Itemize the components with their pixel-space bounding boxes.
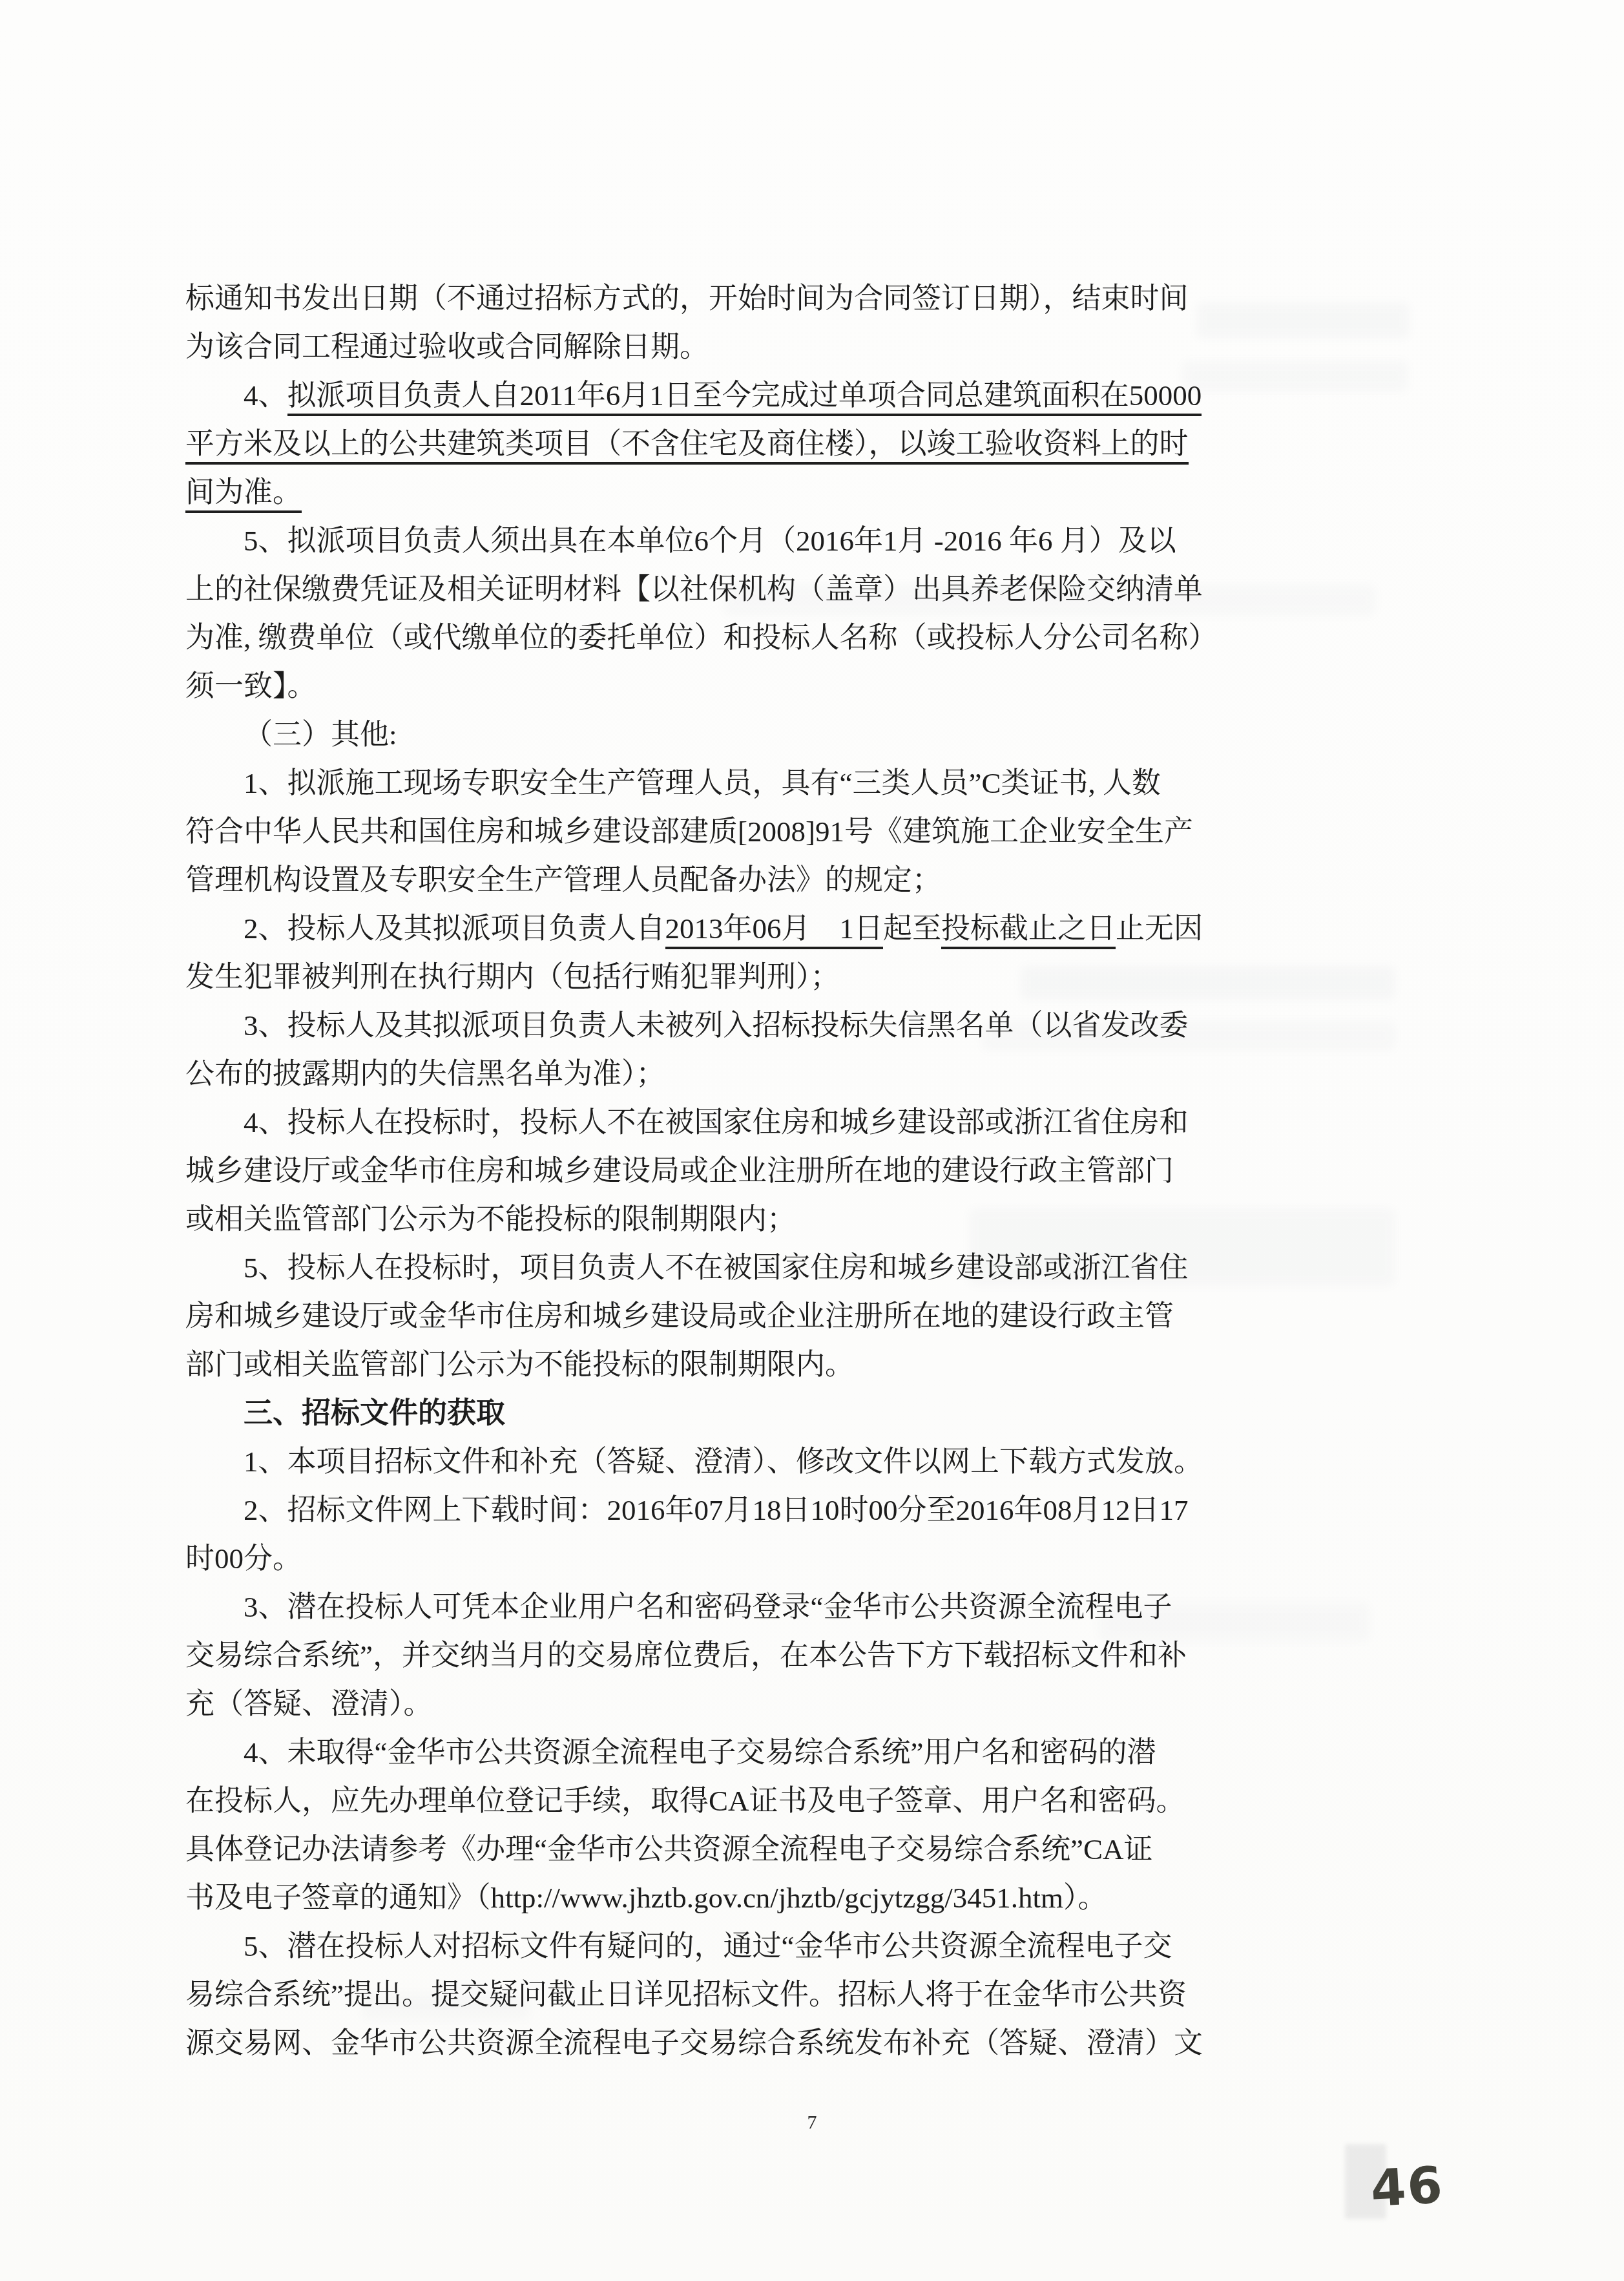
text-run: 起至 [883,912,941,945]
text-line: 公布的披露期内的失信黑名单为准）； [185,1050,1413,1098]
text-line: 2、招标文件网上下载时间：2016年07月18日10时00分至2016年08月1… [185,1486,1413,1535]
text-line: 5、投标人在投标时，项目负责人不在被国家住房和城乡建设部或浙江省住 [185,1244,1413,1292]
text-line: 符合中华人民共和国住房和城乡建设部建质[2008]91号《建筑施工企业安全生产 [185,808,1413,856]
text-run: 房和城乡建设厅或金华市住房和城乡建设局或企业注册所在地的建设行政主管 [185,1300,1174,1332]
text-line: 易综合系统”提出。提交疑问截止日详见招标文件。招标人将于在金华市公共资 [185,1971,1413,2019]
text-line: 为该合同工程通过验收或合同解除日期。 [185,323,1413,372]
text-line: 为准, 缴费单位（或代缴单位的委托单位）和投标人名称（或投标人分公司名称） [185,614,1413,662]
text-run: 具体登记办法请参考《办理“金华市公共资源全流程电子交易综合系统”CA证 [185,1833,1152,1866]
text-line: 时00分。 [185,1535,1413,1583]
text-line: 在投标人，应先办理单位登记手续，取得CA证书及电子签章、用户名和密码。 [185,1777,1413,1825]
text-run: 三、招标文件的获取 [244,1397,505,1429]
text-run: 或相关监管部门公示为不能投标的限制期限内； [185,1203,796,1235]
text-run: 充（答疑、澄清）。 [185,1688,433,1720]
text-line: （三）其他: [185,711,1413,759]
text-run: 标通知书发出日期（不通过招标方式的，开始时间为合同签订日期），结束时间 [185,282,1189,315]
text-line: 城乡建设厅或金华市住房和城乡建设局或企业注册所在地的建设行政主管部门 [185,1147,1413,1195]
text-run: 管理机构设置及专职安全生产管理人员配备办法》的规定； [185,864,941,896]
text-run: 公布的披露期内的失信黑名单为准）； [185,1058,665,1090]
text-line: 充（答疑、澄清）。 [185,1680,1413,1729]
text-line: 三、招标文件的获取 [185,1389,1413,1438]
text-run: 交易综合系统”，并交纳当月的交易席位费后，在本公告下方下载招标文件和补 [185,1639,1187,1672]
text-line: 须一致】。 [185,662,1413,711]
text-run: 5、投标人在投标时，项目负责人不在被国家住房和城乡建设部或浙江省住 [244,1252,1189,1284]
underlined-text-run: 2013年06月 [665,912,811,949]
text-line: 3、投标人及其拟派项目负责人未被列入招标投标失信黑名单（以省发改委 [185,1002,1413,1050]
text-line: 发生犯罪被判刑在执行期内（包括行贿犯罪判刑）； [185,953,1413,1002]
text-run: 5、潜在投标人对招标文件有疑问的，通过“金华市公共资源全流程电子交 [244,1930,1172,1962]
text-line: 1、本项目招标文件和补充（答疑、澄清）、修改文件以网上下载方式发放。 [185,1438,1413,1486]
text-line: 3、潜在投标人可凭本企业用户名和密码登录“金华市公共资源全流程电子 [185,1583,1413,1632]
text-line: 上的社保缴费凭证及相关证明材料【以社保机构（盖章）出具养老保险交纳清单 [185,565,1413,614]
text-run: 为该合同工程通过验收或合同解除日期。 [185,331,709,363]
text-run: 须一致】。 [185,670,317,702]
text-line: 书及电子签章的通知》（http://www.jhztb.gov.cn/jhztb… [185,1874,1413,1922]
text-run: 2、招标文件网上下载时间：2016年07月18日10时00分至2016年08月1… [244,1494,1189,1526]
text-run: 5、拟派项目负责人须出具在本单位6个月（2016年1月 -2016 年6 月）及… [244,525,1176,557]
text-run: （三）其他: [244,719,397,751]
page-number: 7 [0,2112,1624,2134]
text-line: 部门或相关监管部门公示为不能投标的限制期限内。 [185,1341,1413,1389]
text-run: 发生犯罪被判刑在执行期内（包括行贿犯罪判刑）； [185,961,840,993]
text-line: 具体登记办法请参考《办理“金华市公共资源全流程电子交易综合系统”CA证 [185,1825,1413,1874]
text-run: 3、潜在投标人可凭本企业用户名和密码登录“金华市公共资源全流程电子 [244,1591,1172,1623]
text-line: 4、拟派项目负责人自2011年6月1日至今完成过单项合同总建筑面积在50000 [185,372,1413,420]
text-run: 符合中华人民共和国住房和城乡建设部建质[2008]91号《建筑施工企业安全生产 [185,815,1193,848]
text-run: 4、投标人在投标时，投标人不在被国家住房和城乡建设部或浙江省住房和 [244,1106,1189,1139]
underlined-text-run: 间为准。 [185,476,302,513]
text-line: 2、投标人及其拟派项目负责人自2013年06月 1日起至投标截止之日止无因 [185,905,1413,953]
text-run: 3、投标人及其拟派项目负责人未被列入招标投标失信黑名单（以省发改委 [244,1009,1189,1042]
text-run: 城乡建设厅或金华市住房和城乡建设局或企业注册所在地的建设行政主管部门 [185,1155,1174,1187]
text-run: 1、本项目招标文件和补充（答疑、澄清）、修改文件以网上下载方式发放。 [244,1445,1203,1478]
text-line: 1、拟派施工现场专职安全生产管理人员，具有“三类人员”C类证书, 人数 [185,759,1413,808]
text-run: 在投标人，应先办理单位登记手续，取得CA证书及电子签章、用户名和密码。 [185,1785,1185,1817]
text-line: 5、拟派项目负责人须出具在本单位6个月（2016年1月 -2016 年6 月）及… [185,517,1413,565]
text-line: 房和城乡建设厅或金华市住房和城乡建设局或企业注册所在地的建设行政主管 [185,1292,1413,1341]
text-line: 平方米及以上的公共建筑类项目（不含住宅及商住楼），以竣工验收资料上的时 [185,420,1413,468]
underlined-text-run: 平方米及以上的公共建筑类项目（不含住宅及商住楼），以竣工验收资料上的时 [185,428,1189,465]
text-run: 4、未取得“金华市公共资源全流程电子交易综合系统”用户名和密码的潜 [244,1736,1156,1769]
underlined-text-run: 1日 [811,912,884,949]
corner-page-number: 46 [1369,2156,1445,2218]
text-line: 或相关监管部门公示为不能投标的限制期限内； [185,1195,1413,1244]
text-run: 1、拟派施工现场专职安全生产管理人员，具有“三类人员”C类证书, 人数 [244,767,1161,799]
underlined-text-run: 投标截止之日 [941,912,1116,949]
text-line: 源交易网、金华市公共资源全流程电子交易综合系统发布补充（答疑、澄清）文 [185,2019,1413,2068]
text-line: 管理机构设置及专职安全生产管理人员配备办法》的规定； [185,856,1413,905]
text-line: 标通知书发出日期（不通过招标方式的，开始时间为合同签订日期），结束时间 [185,275,1413,323]
text-line: 4、投标人在投标时，投标人不在被国家住房和城乡建设部或浙江省住房和 [185,1098,1413,1147]
text-run: 4、 [244,379,287,412]
text-line: 交易综合系统”，并交纳当月的交易席位费后，在本公告下方下载招标文件和补 [185,1632,1413,1680]
text-run: 书及电子签章的通知》（http://www.jhztb.gov.cn/jhztb… [185,1882,1107,1914]
text-run: 源交易网、金华市公共资源全流程电子交易综合系统发布补充（答疑、澄清）文 [185,2027,1203,2059]
text-line: 4、未取得“金华市公共资源全流程电子交易综合系统”用户名和密码的潜 [185,1729,1413,1777]
document-page: 标通知书发出日期（不通过招标方式的，开始时间为合同签订日期），结束时间为该合同工… [0,0,1624,2281]
text-line: 5、潜在投标人对招标文件有疑问的，通过“金华市公共资源全流程电子交 [185,1922,1413,1971]
text-run: 2、投标人及其拟派项目负责人自 [244,912,665,945]
document-lines: 标通知书发出日期（不通过招标方式的，开始时间为合同签订日期），结束时间为该合同工… [185,275,1413,2068]
text-line: 间为准。 [185,468,1413,517]
underlined-text-run: 拟派项目负责人自2011年6月1日至今完成过单项合同总建筑面积在50000 [287,379,1202,416]
text-run: 上的社保缴费凭证及相关证明材料【以社保机构（盖章）出具养老保险交纳清单 [185,573,1203,605]
text-run: 时00分。 [185,1542,302,1575]
text-run: 易综合系统”提出。提交疑问截止日详见招标文件。招标人将于在金华市公共资 [185,1979,1187,2011]
text-run: 止无因 [1116,912,1203,945]
text-run: 为准, 缴费单位（或代缴单位的委托单位）和投标人名称（或投标人分公司名称） [185,622,1218,654]
text-run: 部门或相关监管部门公示为不能投标的限制期限内。 [185,1349,854,1381]
